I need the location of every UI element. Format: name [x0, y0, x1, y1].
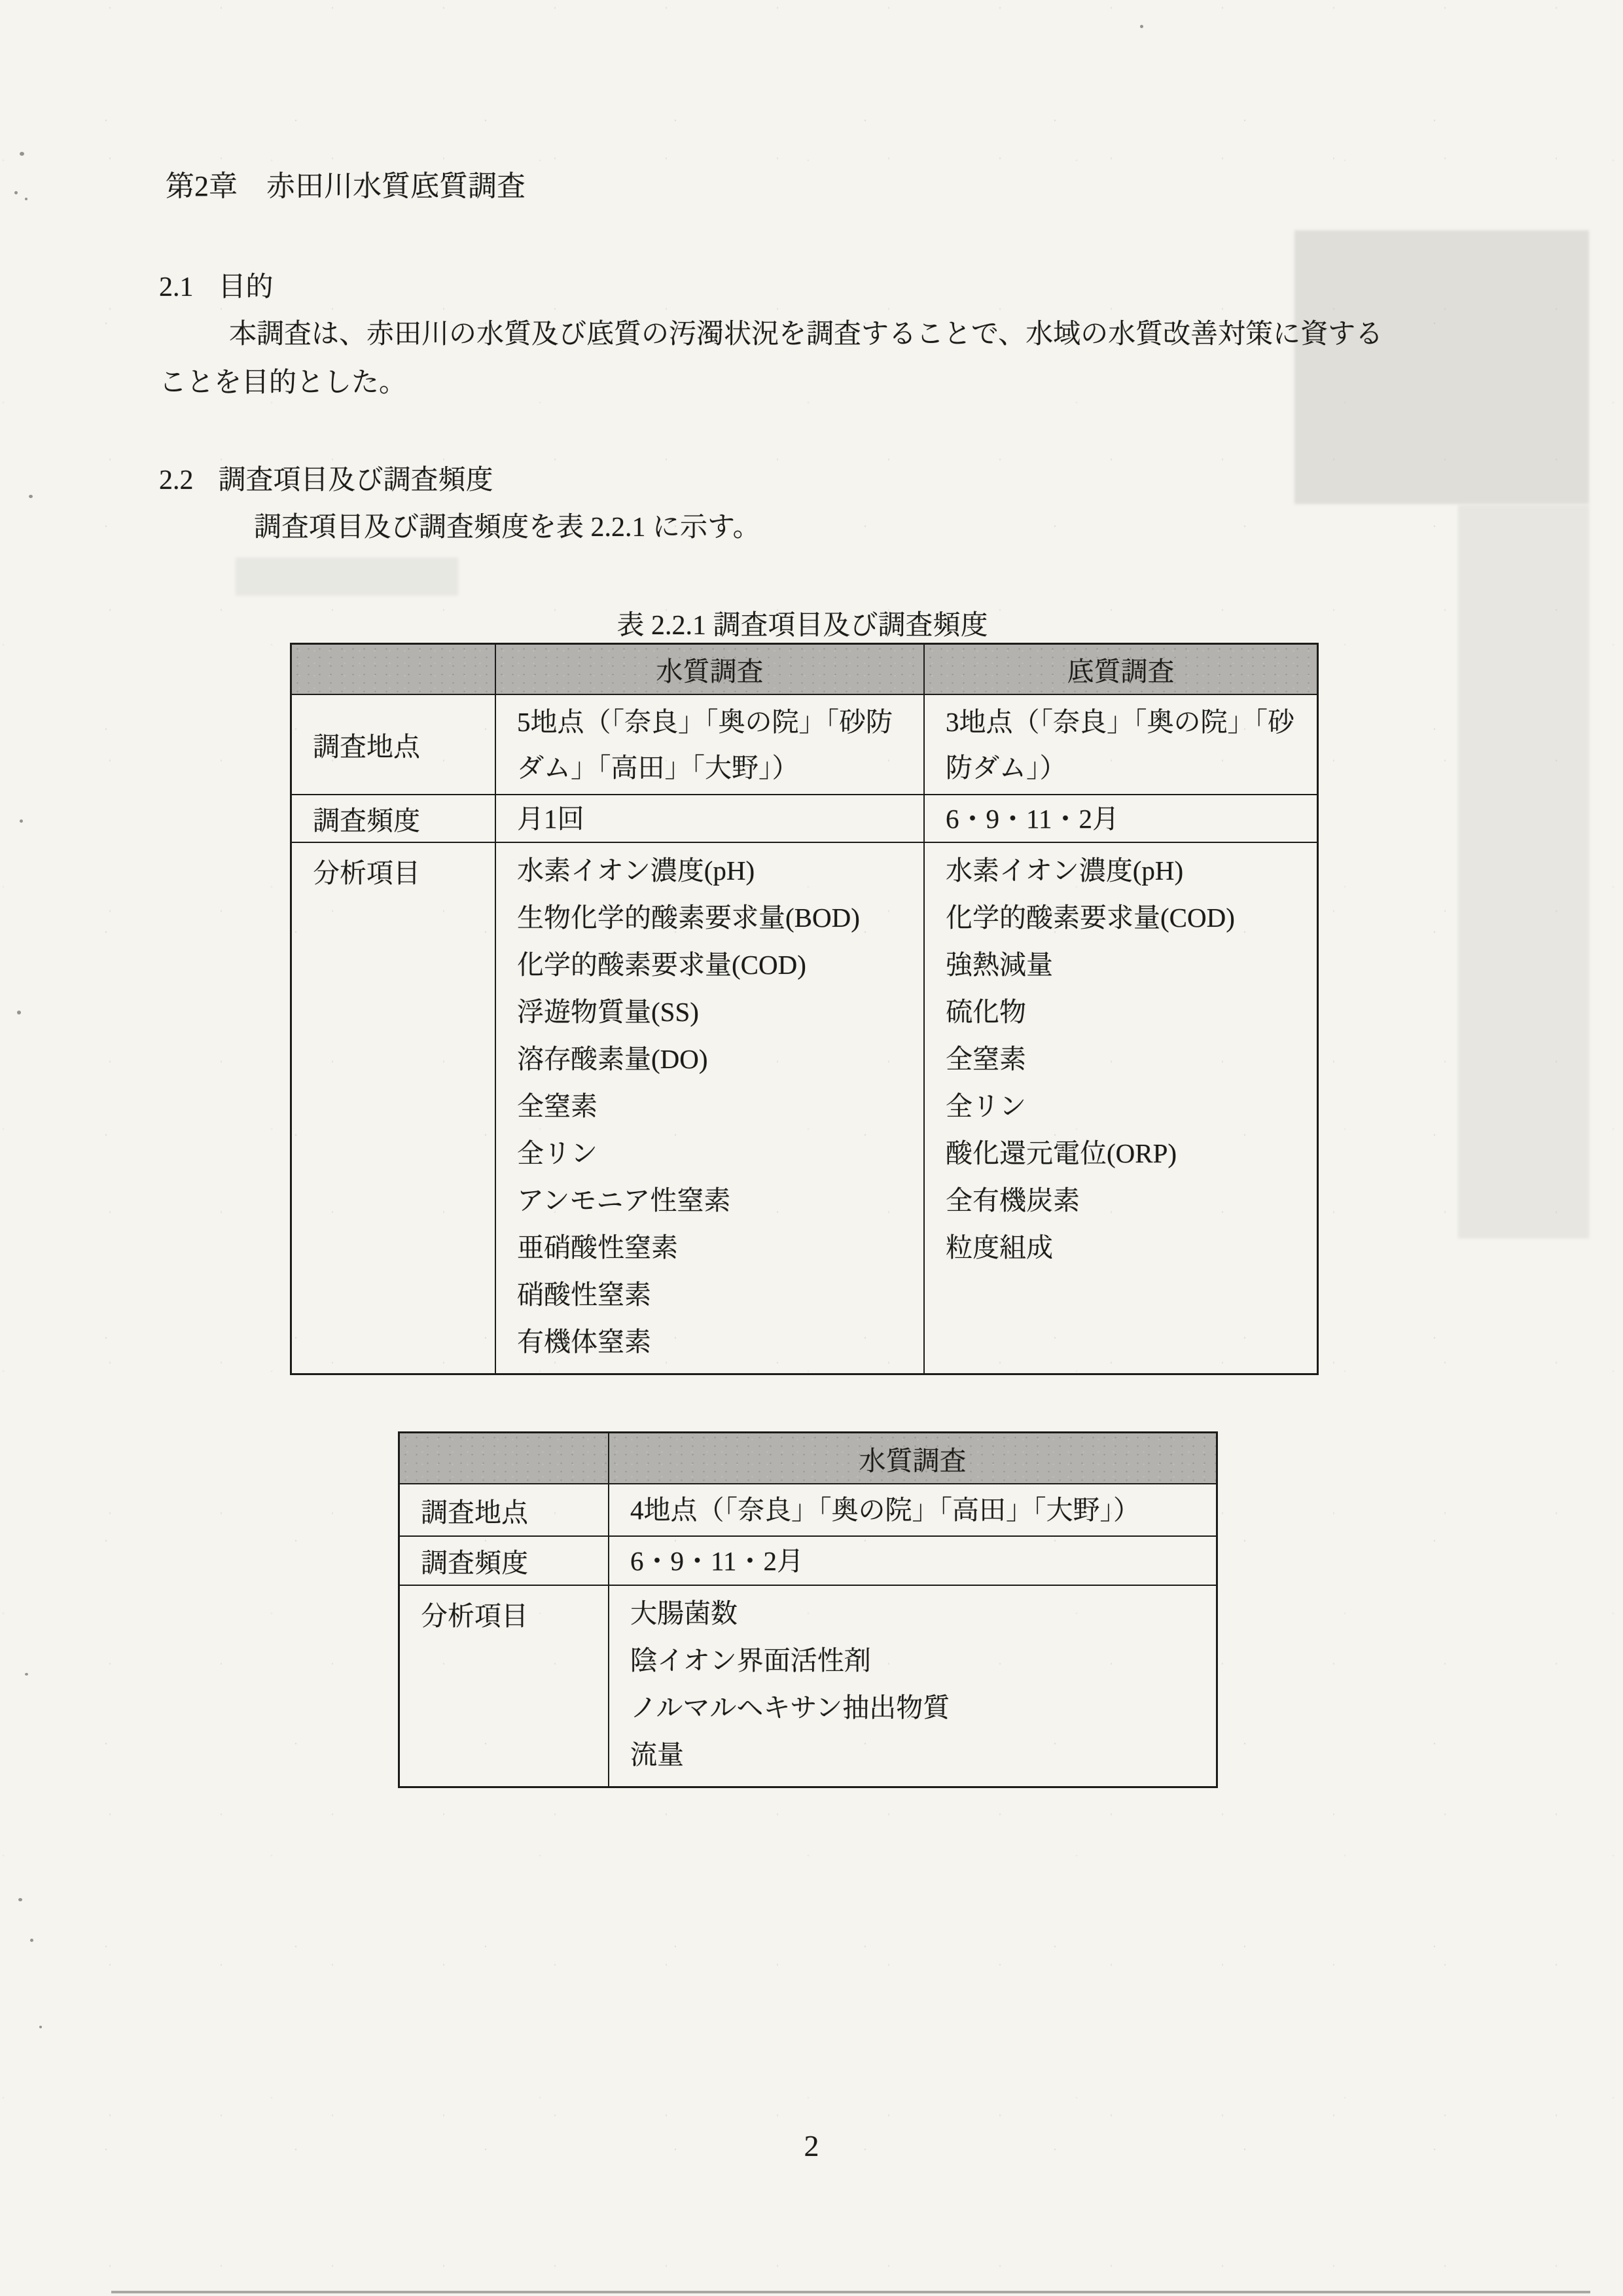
- scan-speckle: [20, 819, 23, 823]
- analysis-item: 粒度組成: [946, 1224, 1310, 1271]
- scan-speckle: [17, 1011, 21, 1014]
- analysis-item: 酸化還元電位(ORP): [946, 1130, 1310, 1177]
- table-1-header-sediment: 底質調査: [923, 645, 1317, 694]
- table-2-survey-points-water: 4地点（「奈良」「奥の院」「高田」「大野」）: [608, 1483, 1216, 1535]
- table-1-analysis-water-list: 水素イオン濃度(pH)生物化学的酸素要求量(BOD)化学的酸素要求量(COD)浮…: [495, 842, 923, 1373]
- table-1-survey-items-frequency: 水質調査 底質調査 調査地点 5地点（「奈良」「奥の院」「砂防ダム」「高田」「大…: [290, 643, 1319, 1375]
- table-1-corner-cell: [292, 645, 495, 694]
- bleedthrough-artifact: [1294, 230, 1589, 504]
- table-1-frequency-water: 月1回: [495, 794, 923, 842]
- analysis-item: 溶存酸素量(DO): [517, 1035, 917, 1083]
- scan-edge-shadow: [111, 2291, 1590, 2293]
- scan-speckle: [1140, 25, 1143, 28]
- table-1-row-label-survey-points: 調査地点: [292, 694, 495, 794]
- scan-speckle: [20, 152, 24, 156]
- chapter-heading: 第2章赤田川水質底質調査: [166, 162, 526, 204]
- section-2-2-body: 調査項目及び調査頻度を表 2.2.1 に示す。: [254, 505, 760, 545]
- scan-speckle: [39, 2026, 42, 2028]
- analysis-item: 全窒素: [517, 1083, 917, 1130]
- table-1-caption: 表 2.2.1 調査項目及び調査頻度: [290, 603, 1315, 643]
- table-1-survey-points-sediment: 3地点（「奈良」「奥の院」「砂防ダム」）: [923, 694, 1317, 794]
- bleedthrough-artifact: [236, 558, 458, 596]
- page-number: 2: [0, 2128, 1623, 2163]
- table-1-header-water: 水質調査: [495, 645, 923, 694]
- analysis-item: 生物化学的酸素要求量(BOD): [517, 894, 917, 941]
- analysis-item: 全リン: [517, 1130, 917, 1177]
- analysis-item: 硫化物: [946, 988, 1310, 1035]
- scan-speckle: [29, 495, 33, 498]
- section-2-2-title: 調査項目及び調査頻度: [219, 465, 493, 495]
- table-2-analysis-list: 大腸菌数陰イオン界面活性剤ノルマルヘキサン抽出物質流量: [608, 1585, 1216, 1786]
- table-2-header-water: 水質調査: [608, 1433, 1216, 1483]
- analysis-item: 浮遊物質量(SS): [517, 988, 917, 1035]
- bleedthrough-artifact: [1458, 505, 1589, 1238]
- section-2-1-number: 2.1: [159, 272, 194, 302]
- section-2-2-heading: 2.2調査項目及び調査頻度: [159, 458, 493, 497]
- analysis-item: 化学的酸素要求量(COD): [517, 941, 917, 988]
- analysis-item: 陰イオン界面活性剤: [630, 1637, 1209, 1684]
- table-2-additional-water-survey: 水質調査 調査地点 4地点（「奈良」「奥の院」「高田」「大野」） 調査頻度 6・…: [398, 1431, 1218, 1788]
- section-2-1-body-line2: ことを目的とした。: [159, 361, 406, 400]
- section-2-2-number: 2.2: [159, 465, 194, 495]
- scan-speckle: [25, 198, 27, 200]
- analysis-item: 硝酸性窒素: [517, 1271, 917, 1318]
- scan-speckle: [25, 1673, 28, 1676]
- table-2-corner-cell: [400, 1433, 608, 1483]
- analysis-item: 強熱減量: [946, 941, 1310, 988]
- chapter-number: 第2章: [166, 170, 238, 202]
- analysis-item: 化学的酸素要求量(COD): [946, 894, 1310, 941]
- table-1-frequency-sediment: 6・9・11・2月: [923, 794, 1317, 842]
- scan-speckle: [18, 1898, 22, 1901]
- analysis-item: 全リン: [946, 1083, 1310, 1130]
- analysis-item: 亜硝酸性窒素: [517, 1224, 917, 1271]
- analysis-item: 流量: [630, 1731, 1209, 1778]
- scan-speckle: [30, 1939, 33, 1942]
- analysis-item: 大腸菌数: [630, 1590, 1209, 1637]
- table-1-row-label-frequency: 調査頻度: [292, 794, 495, 842]
- table-1-survey-points-water: 5地点（「奈良」「奥の院」「砂防ダム」「高田」「大野」）: [495, 694, 923, 794]
- table-2-row-label-survey-points: 調査地点: [400, 1483, 608, 1535]
- analysis-item: アンモニア性窒素: [517, 1177, 917, 1224]
- table-1-row-label-analysis: 分析項目: [292, 842, 495, 1373]
- analysis-item: 全有機炭素: [946, 1177, 1310, 1224]
- section-2-1-body-line1: 本調査は、赤田川の水質及び底質の汚濁状況を調査することで、水域の水質改善対策に資…: [229, 312, 1383, 351]
- chapter-title: 赤田川水質底質調査: [266, 170, 526, 202]
- analysis-item: 全窒素: [946, 1035, 1310, 1083]
- scan-speckle: [14, 191, 18, 194]
- analysis-item: ノルマルヘキサン抽出物質: [630, 1684, 1209, 1731]
- analysis-item: 有機体窒素: [517, 1318, 917, 1365]
- scanned-document-page: 第2章赤田川水質底質調査 2.1目的 本調査は、赤田川の水質及び底質の汚濁状況を…: [0, 0, 1623, 2296]
- table-2-row-label-frequency: 調査頻度: [400, 1535, 608, 1585]
- table-2-row-label-analysis: 分析項目: [400, 1585, 608, 1786]
- section-2-1-heading: 2.1目的: [159, 265, 274, 304]
- table-2-frequency-water: 6・9・11・2月: [608, 1535, 1216, 1585]
- table-1-analysis-sediment-list: 水素イオン濃度(pH)化学的酸素要求量(COD)強熱減量硫化物全窒素全リン酸化還…: [923, 842, 1317, 1373]
- section-2-1-title: 目的: [219, 272, 274, 302]
- analysis-item: 水素イオン濃度(pH): [946, 847, 1310, 894]
- analysis-item: 水素イオン濃度(pH): [517, 847, 917, 894]
